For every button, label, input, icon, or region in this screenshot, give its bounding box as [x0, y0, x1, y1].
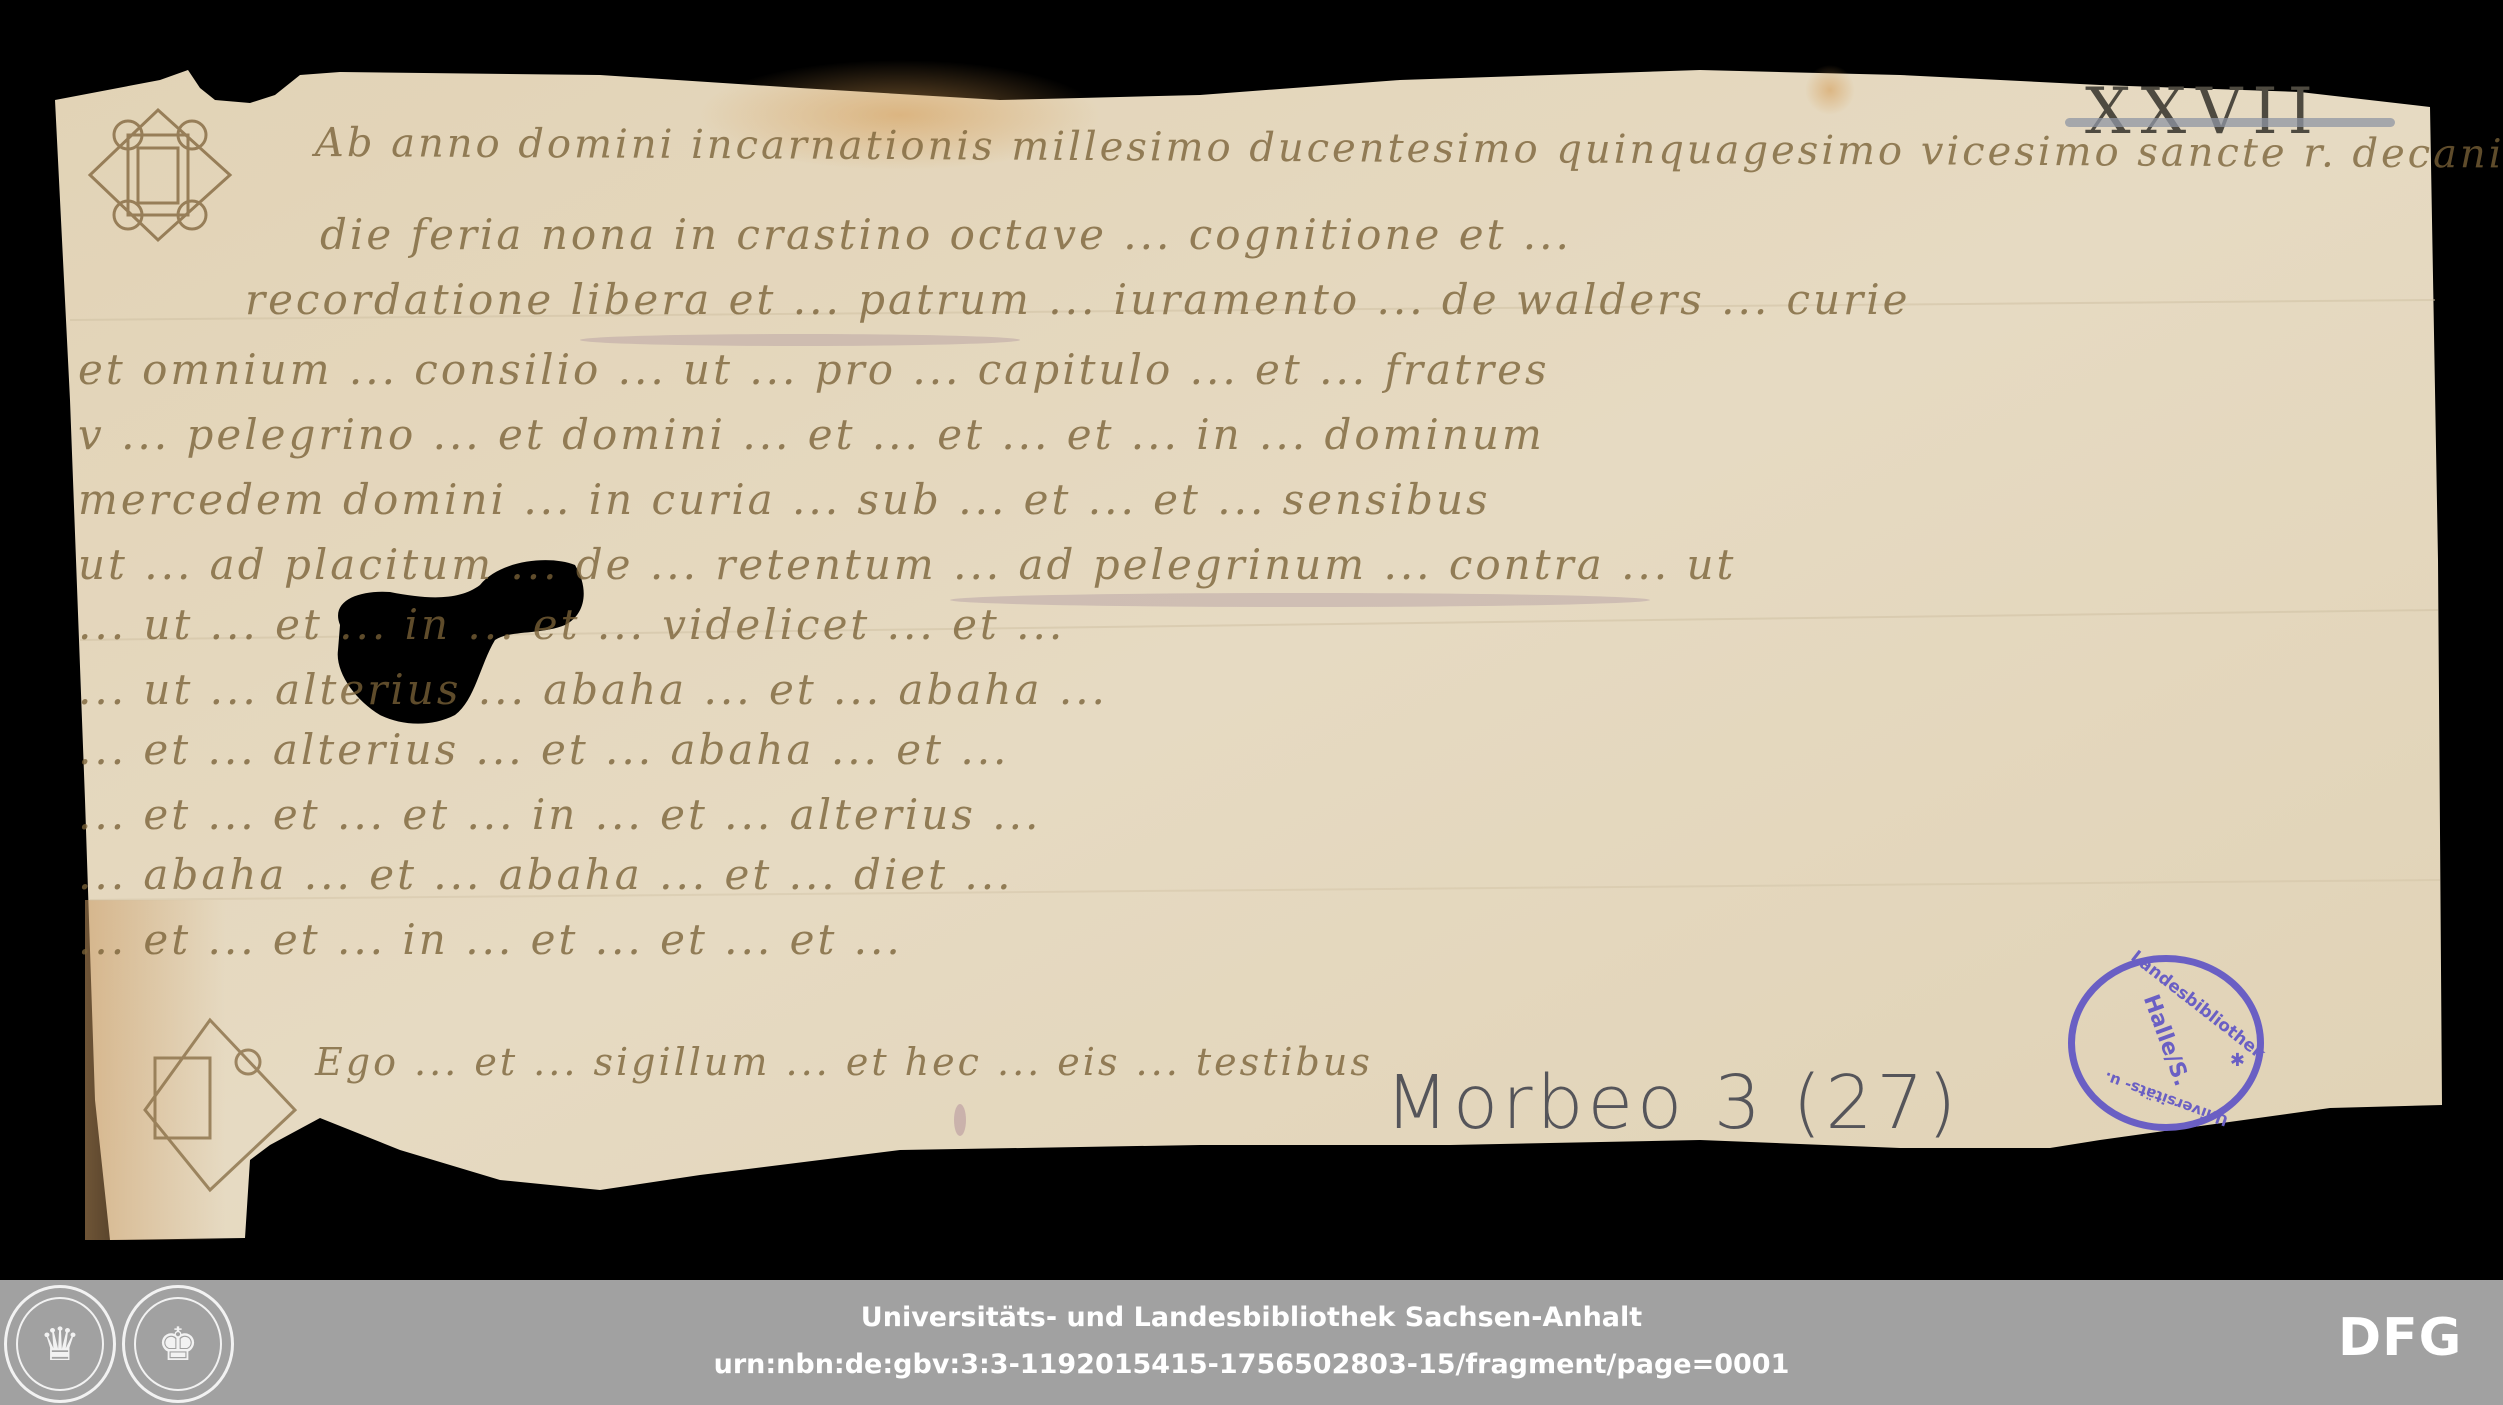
- script-line-11: ... et ... et ... et ... in ... et ... a…: [78, 790, 1041, 839]
- urn-identifier: urn:nbn:de:gbv:3:3-1192015415-1756502803…: [0, 1349, 2503, 1380]
- script-line-3: recordatione libera et ... patrum ... iu…: [245, 275, 1911, 324]
- dfg-logo-icon: DFG: [2338, 1312, 2462, 1364]
- script-line-12: ... abaha ... et ... abaha ... et ... di…: [78, 850, 1013, 899]
- script-line-13: ... et ... et ... in ... et ... et ... e…: [78, 915, 903, 964]
- script-line-6: mercedem domini ... in curia ... sub ...…: [78, 475, 1491, 524]
- script-line-10: ... et ... alterius ... et ... abaha ...…: [78, 725, 1009, 774]
- footer-bar: ♛ ♚ Universitäts- und Landesbibliothek S…: [0, 1280, 2503, 1405]
- signature-line: Ego ... et ... sigillum ... et hec ... e…: [315, 1040, 1373, 1084]
- script-line-9: ... ut ... alterius ... abaha ... et ...…: [78, 665, 1108, 714]
- library-stamp: Landesbibliothek Halle/S. Universitäts- …: [2068, 955, 2264, 1131]
- image-viewer: Ab anno domini incarnationis millesimo d…: [0, 0, 2503, 1280]
- stamp-star-icon: ✱: [2230, 1050, 2245, 1071]
- script-line-2: die feria nona in crastino octave ... co…: [320, 210, 1572, 259]
- script-line-4: et omnium ... consilio ... ut ... pro ..…: [78, 345, 1550, 394]
- pencil-shelfmark: Morbeo 3 (27): [1385, 1060, 1960, 1146]
- script-line-7: ut ... ad placitum ... de ... retentum .…: [78, 540, 1736, 589]
- pencil-strikethrough: [2065, 118, 2395, 127]
- library-name: Universitäts- und Landesbibliothek Sachs…: [0, 1302, 2503, 1333]
- roman-numeral: XXVII: [2085, 75, 2323, 149]
- script-line-8: ... ut ... et ... in ... et ... videlice…: [78, 600, 1065, 649]
- script-line-5: v ... pelegrino ... et domini ... et ...…: [78, 410, 1545, 459]
